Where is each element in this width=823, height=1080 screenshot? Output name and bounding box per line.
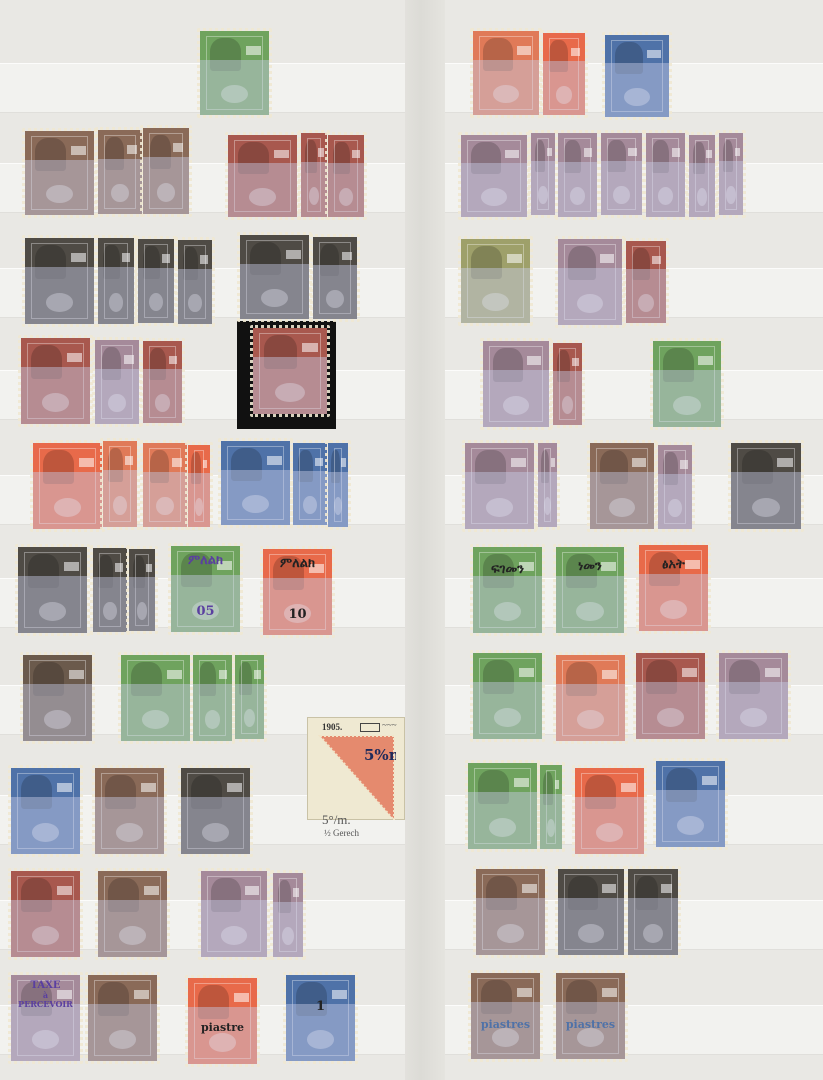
stamp: [95, 868, 170, 960]
stamp: [555, 130, 600, 220]
stamp: [310, 234, 360, 322]
overprint-text: PERCEVOIR: [11, 999, 80, 1009]
stamp: [22, 235, 97, 327]
stamp: [325, 132, 367, 220]
stamp: [8, 868, 83, 960]
stamp: [92, 337, 142, 427]
stamp: [190, 652, 235, 744]
stamp: [550, 340, 585, 428]
overprint-text: 1: [286, 999, 355, 1014]
overprint-text: ምለልክ: [171, 553, 240, 568]
stamp: piastres: [468, 970, 543, 1062]
stamp: [465, 760, 540, 852]
stamp: [22, 128, 97, 218]
stamp: [470, 28, 542, 118]
center-gutter: [405, 0, 445, 1080]
stamp: [653, 758, 728, 850]
stamp: [598, 130, 645, 218]
stamp: [270, 870, 306, 960]
wave-symbol-icon: ~~~: [382, 720, 397, 730]
stamp: [140, 440, 190, 530]
stamp: [135, 236, 177, 326]
stamp: [540, 30, 588, 118]
stamp: [197, 28, 272, 118]
stamp: [92, 765, 167, 857]
stamp: [232, 652, 267, 742]
stamp: [555, 866, 627, 958]
stamp: piastre: [185, 975, 260, 1067]
overprint-text: ነመን: [556, 559, 624, 574]
overprint-text: piastres: [556, 1018, 625, 1031]
bisected-stamp: 5%m: [316, 734, 396, 822]
stamp: TAXEàPERCEVOIR: [8, 972, 83, 1064]
stamp: [728, 440, 804, 532]
label-year: 1905.: [322, 722, 342, 732]
stamp: [95, 127, 145, 217]
stockbook-page: 1905. ~~~ 5%m 5°/m. ½ Gerech: [0, 0, 823, 1080]
stamp: [625, 866, 681, 958]
stamp: [643, 130, 688, 220]
stamp: [602, 32, 672, 120]
stamp: [118, 652, 193, 744]
stamp: piastres: [553, 970, 628, 1062]
stamp: [237, 232, 312, 322]
overprint-text: piastres: [471, 1018, 540, 1031]
stamp: [470, 650, 545, 742]
overprint-text: ፅአት: [639, 557, 708, 572]
stamp: ፅአት: [636, 542, 711, 634]
stamp: [473, 866, 548, 958]
stamp: ነመን: [553, 544, 627, 636]
stamp: [716, 130, 746, 218]
stamp: [178, 765, 253, 857]
stamp: [100, 438, 140, 530]
stamp: [553, 652, 628, 744]
stamp: [90, 545, 130, 635]
stamp: [218, 438, 293, 528]
stamp: ምለልክ05: [168, 543, 243, 635]
stamp: [633, 650, 708, 742]
stamp: [535, 440, 560, 530]
stamp: [140, 125, 192, 217]
stamp: [8, 765, 83, 857]
stamp: [480, 338, 552, 430]
stamp: [198, 868, 270, 960]
stamp: 1: [283, 972, 358, 1064]
label-currency-text: ½ Gerech: [324, 828, 359, 838]
stamp: [325, 440, 351, 530]
stamp: [462, 440, 537, 532]
stamp: [140, 338, 185, 426]
stamp: [716, 650, 791, 742]
bisect-overprint: 5%m: [364, 746, 396, 764]
stamp: [20, 652, 95, 744]
stamp: [528, 130, 558, 218]
stamp: [650, 338, 724, 430]
stamp: [250, 325, 330, 417]
stamp: ፍገመን: [470, 544, 545, 636]
stamp: [555, 236, 625, 328]
stamp: [537, 762, 565, 852]
overprint-text: ፍገመን: [473, 562, 542, 577]
perforation-symbol-icon: [360, 723, 380, 732]
stamp: [458, 236, 533, 326]
stamp: [30, 440, 105, 532]
overprint-value: 05: [171, 604, 240, 619]
stamp: [185, 442, 213, 530]
stamp: [225, 132, 300, 220]
stamp: [175, 237, 215, 327]
stamp: [655, 442, 695, 532]
overprint-text: ምለልክ: [263, 556, 332, 571]
stamp: [623, 238, 669, 326]
stamp: [587, 440, 657, 532]
stamp: [95, 235, 137, 327]
stamp: ምለልክ10: [260, 546, 335, 638]
stamp: [85, 972, 160, 1064]
ribbon-icon: [551, 458, 555, 466]
stamp: [126, 546, 158, 634]
stamp: [15, 544, 90, 636]
stamp: [572, 765, 647, 857]
stamp: [290, 440, 330, 528]
stamp: [18, 335, 93, 427]
overprint-text: piastre: [188, 1021, 257, 1034]
stamp: [458, 132, 530, 220]
overprint-value: 10: [263, 607, 332, 622]
label-value-text: 5°/m.: [322, 812, 351, 828]
stamp: [686, 132, 718, 220]
